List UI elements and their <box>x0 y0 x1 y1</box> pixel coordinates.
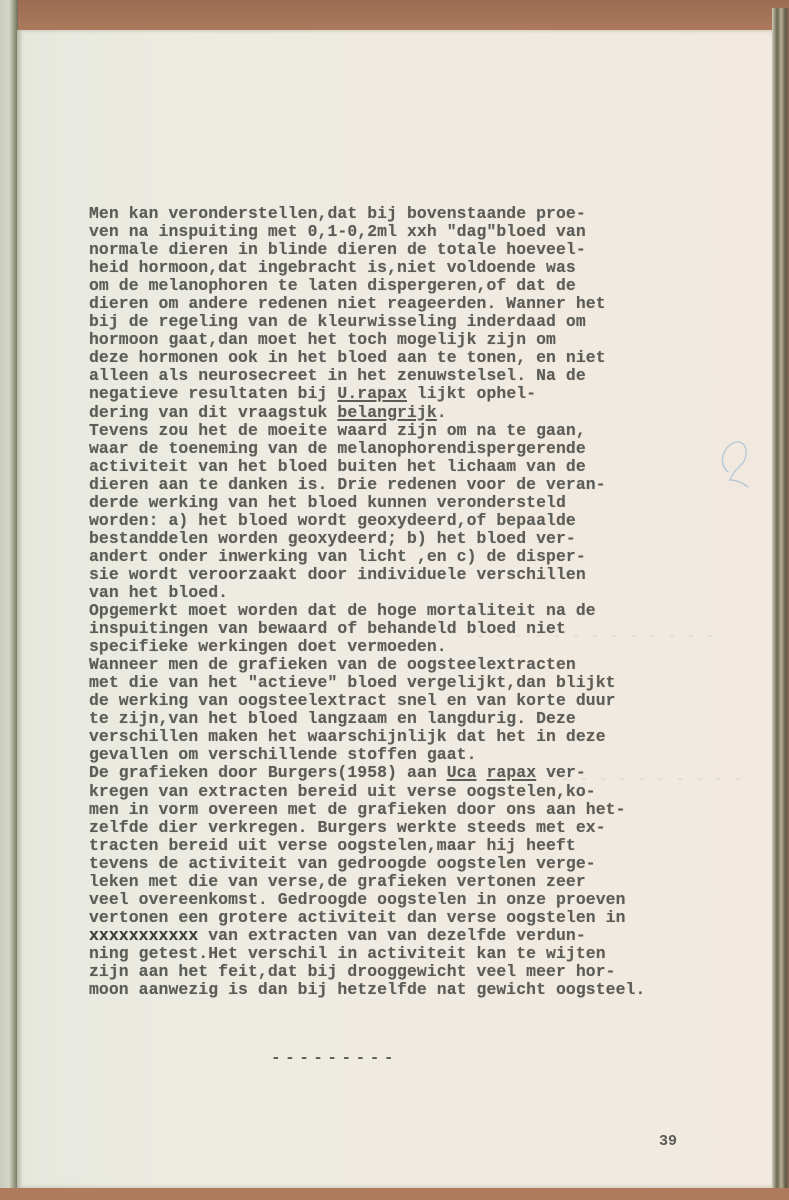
text-line: heid hormoon,dat ingebracht is,niet vold… <box>89 259 709 277</box>
text-line: moon aanwezig is dan bij hetzelfde nat g… <box>89 981 709 999</box>
text-line: inspuitingen van bewaard of behandeld bl… <box>89 620 709 638</box>
section-divider: --------- <box>271 1049 398 1067</box>
text-line: tevens de activiteit van gedroogde oogst… <box>89 855 709 873</box>
text-line: dieren aan te danken is. Drie redenen vo… <box>89 476 709 494</box>
text-line: te zijn,van het bloed langzaam en langdu… <box>89 710 709 728</box>
text-line: derde werking van het bloed kunnen veron… <box>89 494 709 512</box>
text-line: specifieke werkingen doet vermoeden. <box>89 638 709 656</box>
page-number: 39 <box>659 1133 677 1150</box>
text-line: ning getest.Het verschil in activiteit k… <box>89 945 709 963</box>
underlined-term: rapax <box>486 763 536 782</box>
text-line: sie wordt veroorzaakt door individuele v… <box>89 566 709 584</box>
underlined-term: belangrijk <box>337 403 436 422</box>
text-line: met die van het "actieve" bloed vergelij… <box>89 674 709 692</box>
text-line: bestanddelen worden geoxydeerd; b) het b… <box>89 530 709 548</box>
text-line: Wanneer men de grafieken van de oogsteel… <box>89 656 709 674</box>
text-line: verschillen maken het waarschijnlijk dat… <box>89 728 709 746</box>
text-line: de werking van oogsteelextract snel en v… <box>89 692 709 710</box>
text-line: worden: a) het bloed wordt geoxydeerd,of… <box>89 512 709 530</box>
text-line: Men kan veronderstellen,dat bij bovensta… <box>89 205 709 223</box>
text-line: deze hormonen ook in het bloed aan te to… <box>89 349 709 367</box>
book-cover-top <box>0 0 789 32</box>
text-line: dering van dit vraagstuk belangrijk. <box>89 404 709 422</box>
handwritten-margin-mark-icon <box>710 432 755 492</box>
text-line: normale dieren in blinde dieren de total… <box>89 241 709 259</box>
text-line: Tevens zou het de moeite waard zijn om n… <box>89 422 709 440</box>
text-line: zijn aan het feit,dat bij drooggewicht v… <box>89 963 709 981</box>
typewritten-body-text: Men kan veronderstellen,dat bij bovensta… <box>89 205 709 999</box>
text-line: om de melanophoren te laten dispergeren,… <box>89 277 709 295</box>
struck-out-text: xxxxxxxxxxx <box>89 926 198 945</box>
text-line: De grafieken door Burgers(1958) aan Uca … <box>89 764 709 782</box>
text-line: bij de regeling van de kleurwisseling in… <box>89 313 709 331</box>
book-binding-left <box>0 0 18 1200</box>
text-line: dieren om andere redenen niet reageerden… <box>89 295 709 313</box>
underlined-term: U.rapax <box>337 384 407 403</box>
text-line: gevallen om verschillende stoffen gaat. <box>89 746 709 764</box>
text-line: alleen als neurosecreet in het zenuwstel… <box>89 367 709 385</box>
text-line: men in vorm overeen met de grafieken doo… <box>89 801 709 819</box>
text-line: veel overeenkomst. Gedroogde oogstelen i… <box>89 891 709 909</box>
text-line: zelfde dier verkregen. Burgers werkte st… <box>89 819 709 837</box>
text-line: hormoon gaat,dan moet het toch mogelijk … <box>89 331 709 349</box>
page-stack-edge <box>772 8 789 1200</box>
text-line: kregen van extracten bereid uit verse oo… <box>89 783 709 801</box>
text-line: vertonen een grotere activiteit dan vers… <box>89 909 709 927</box>
text-line: andert onder inwerking van licht ,en c) … <box>89 548 709 566</box>
book-cover-bottom <box>0 1188 789 1200</box>
text-line: ven na inspuiting met 0,1-0,2ml xxh "dag… <box>89 223 709 241</box>
underlined-term: Uca <box>447 763 477 782</box>
text-line: tracten bereid uit verse oogstelen,maar … <box>89 837 709 855</box>
text-line: xxxxxxxxxxx van extracten van van dezelf… <box>89 927 709 945</box>
text-line: Opgemerkt moet worden dat de hoge mortal… <box>89 602 709 620</box>
text-line: waar de toeneming van de melanophorendis… <box>89 440 709 458</box>
text-line: leken met die van verse,de grafieken ver… <box>89 873 709 891</box>
text-line: activiteit van het bloed buiten het lich… <box>89 458 709 476</box>
text-line: van het bloed. <box>89 584 709 602</box>
text-line: negatieve resultaten bij U.rapax lijkt o… <box>89 385 709 403</box>
